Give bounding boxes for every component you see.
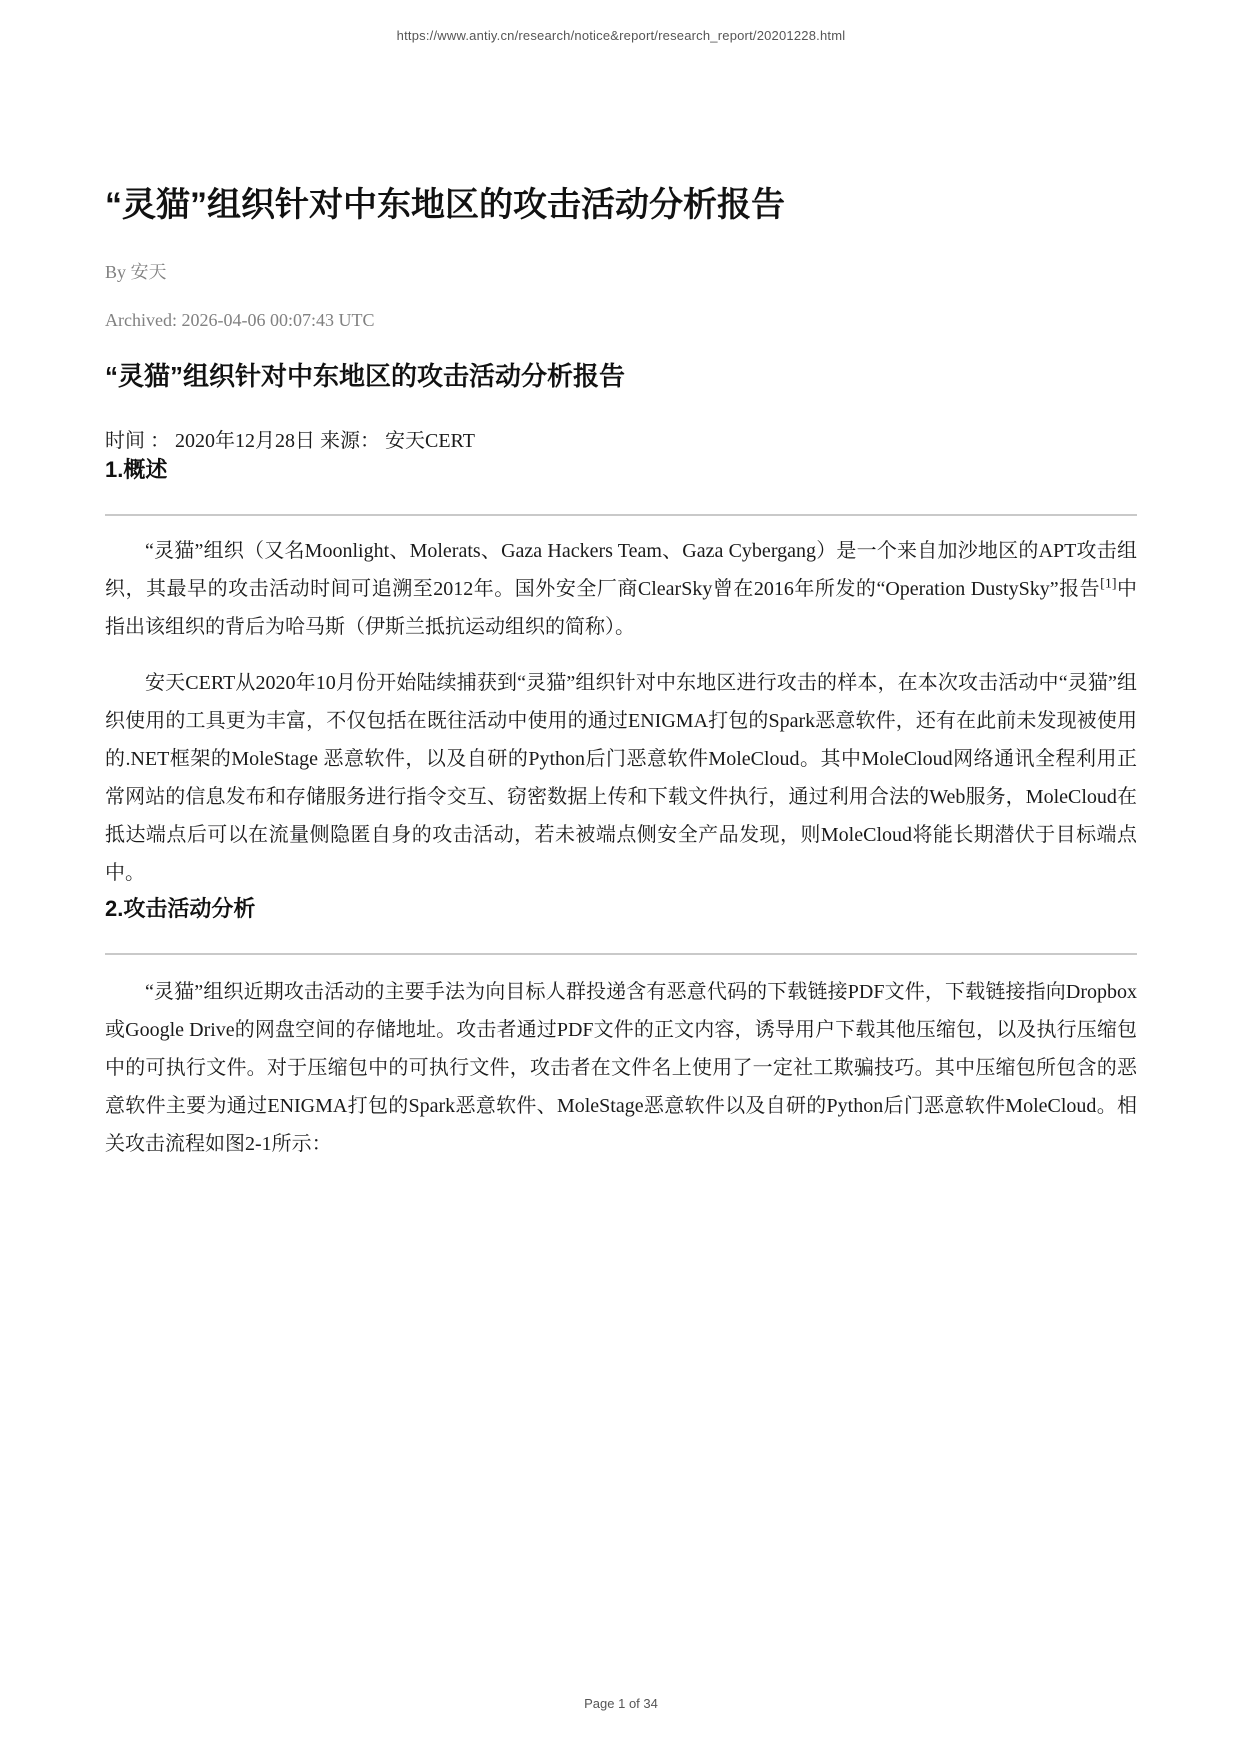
section-heading-overview: 1.概述 [105, 453, 1137, 484]
paragraph-text: “灵猫”组织（又名Moonlight、Molerats、Gaza Hackers… [105, 540, 1137, 600]
document-content: “灵猫”组织针对中东地区的攻击活动分析报告 By 安天 Archived: 20… [105, 0, 1137, 1163]
page-title: “灵猫”组织针对中东地区的攻击活动分析报告 [105, 185, 1137, 226]
article-meta: 时间 ： 2020年12月28日 来源： 安天CERT [105, 424, 1137, 453]
footnote-ref: [1] [1100, 576, 1116, 591]
document-page: https://www.antiy.cn/research/notice&rep… [0, 0, 1242, 1756]
section-divider [105, 953, 1137, 955]
section-divider [105, 514, 1137, 516]
byline: By 安天 [105, 258, 1137, 284]
paragraph: 安天CERT从2020年10月份开始陆续捕获到“灵猫”组织针对中东地区进行攻击的… [105, 664, 1137, 892]
article-title: “灵猫”组织针对中东地区的攻击活动分析报告 [105, 361, 1137, 392]
page-number: Page 1 of 34 [0, 1696, 1242, 1711]
archived-timestamp: Archived: 2026-04-06 00:07:43 UTC [105, 310, 1137, 331]
paragraph: “灵猫”组织近期攻击活动的主要手法为向目标人群投递含有恶意代码的下载链接PDF文… [105, 973, 1137, 1163]
section-heading-attack-analysis: 2.攻击活动分析 [105, 892, 1137, 923]
paragraph: “灵猫”组织（又名Moonlight、Molerats、Gaza Hackers… [105, 532, 1137, 646]
